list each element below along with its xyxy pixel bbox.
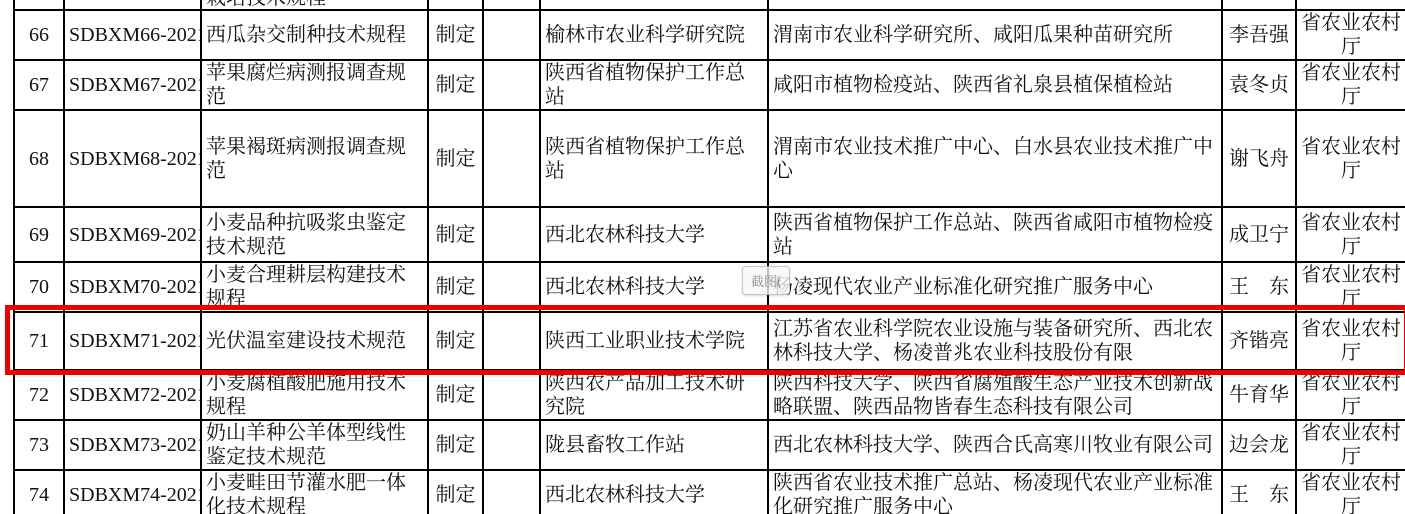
cell-drafter: 齐锴亮 xyxy=(1222,312,1296,370)
cell-code: SDBXM74-2021 xyxy=(64,470,201,514)
cell-org: 陕西省植物保护工作总站 xyxy=(540,110,768,207)
table-row: 71SDBXM71-2021光伏温室建设技术规范制定陕西工业职业技术学院江苏省农… xyxy=(14,312,1405,370)
cell-dept: 省农业农村厅 xyxy=(1296,10,1405,60)
cell-drafter: 成卫宁 xyxy=(1222,207,1296,262)
cell-type: 制定 xyxy=(428,207,483,262)
cell-drafter: 边会龙 xyxy=(1222,420,1296,470)
cell-seq: 74 xyxy=(14,470,64,514)
table-row: 73SDBXM73-2021奶山羊种公羊体型线性鉴定技术规范制定陇县畜牧工作站西… xyxy=(14,420,1405,470)
cell-code: SDBXM71-2021 xyxy=(64,312,201,370)
cell-type: 制定 xyxy=(428,370,483,420)
cell-code xyxy=(64,0,201,10)
table-row: 66SDBXM66-2021西瓜杂交制种技术规程制定榆林市农业科学研究院渭南市农… xyxy=(14,10,1405,60)
cell-seq xyxy=(14,0,64,10)
cell-seq: 70 xyxy=(14,262,64,312)
cell-blank xyxy=(483,312,540,370)
cell-org: 西北农林科技大学 xyxy=(540,262,768,312)
cell-dept: 省农业农村厅 xyxy=(1296,470,1405,514)
cell-code: SDBXM72-2021 xyxy=(64,370,201,420)
cell-org xyxy=(540,0,768,10)
cell-org: 陕西农产品加工技术研究院 xyxy=(540,370,768,420)
cell-seq: 73 xyxy=(14,420,64,470)
cell-seq: 72 xyxy=(14,370,64,420)
table-row: 72SDBXM72-2021小麦腐植酸肥施用技术规程制定陕西农产品加工技术研究院… xyxy=(14,370,1405,420)
cell-org: 西北农林科技大学 xyxy=(540,207,768,262)
table-row: 67SDBXM67-2021苹果腐烂病测报调查规范制定陕西省植物保护工作总站咸阳… xyxy=(14,60,1405,110)
cell-partners: 渭南市农业技术推广中心、白水县农业技术推广中心 xyxy=(768,110,1222,207)
cell-title: 小麦合理耕层构建技术规程 xyxy=(201,262,428,312)
cell-code: SDBXM67-2021 xyxy=(64,60,201,110)
cell-org: 榆林市农业科学研究院 xyxy=(540,10,768,60)
projects-table: 栽培技术规程66SDBXM66-2021西瓜杂交制种技术规程制定榆林市农业科学研… xyxy=(13,0,1405,514)
cell-org: 陕西省植物保护工作总站 xyxy=(540,60,768,110)
cell-title: 小麦畦田节灌水肥一体化技术规程 xyxy=(201,470,428,514)
cell-blank xyxy=(483,370,540,420)
table-row-partial: 栽培技术规程 xyxy=(14,0,1405,10)
cell-title: 苹果褐斑病测报调查规范 xyxy=(201,110,428,207)
cell-dept: 省农业农村厅 xyxy=(1296,420,1405,470)
cell-partners: 杨凌现代农业产业标准化研究推广服务中心 xyxy=(768,262,1222,312)
cell-title: 小麦品种抗吸浆虫鉴定技术规范 xyxy=(201,207,428,262)
cell-seq: 66 xyxy=(14,10,64,60)
cell-seq: 71 xyxy=(14,312,64,370)
cell-dept: 省农业农村厅 xyxy=(1296,207,1405,262)
cell-drafter: 王 东 xyxy=(1222,470,1296,514)
cell-code: SDBXM68-2021 xyxy=(64,110,201,207)
cell-partners: 陕西省农业技术推广总站、杨凌现代农业产业标准化研究推广服务中心 xyxy=(768,470,1222,514)
cell-type xyxy=(428,0,483,10)
cell-code: SDBXM73-2021 xyxy=(64,420,201,470)
cell-title: 小麦腐植酸肥施用技术规程 xyxy=(201,370,428,420)
cell-partners: 陕西科技大学、陕西省腐殖酸生态产业技术创新战略联盟、陕西品物皆春生态科技有限公司 xyxy=(768,370,1222,420)
cell-title: 苹果腐烂病测报调查规范 xyxy=(201,60,428,110)
cell-partners: 渭南市农业科学研究所、咸阳瓜果种苗研究所 xyxy=(768,10,1222,60)
cell-code: SDBXM69-2021 xyxy=(64,207,201,262)
cell-dept: 省农业农村厅 xyxy=(1296,60,1405,110)
cell-blank xyxy=(483,10,540,60)
cell-partners: 西北农林科技大学、陕西合氏高寒川牧业有限公司 xyxy=(768,420,1222,470)
cell-blank xyxy=(483,207,540,262)
cell-type: 制定 xyxy=(428,470,483,514)
cell-blank xyxy=(483,110,540,207)
cell-code: SDBXM66-2021 xyxy=(64,10,201,60)
cell-title: 奶山羊种公羊体型线性鉴定技术规范 xyxy=(201,420,428,470)
cell-seq: 68 xyxy=(14,110,64,207)
cell-type: 制定 xyxy=(428,10,483,60)
cell-dept: 省农业农村厅 xyxy=(1296,262,1405,312)
cell-partners xyxy=(768,0,1222,10)
cell-partners: 江苏省农业科学院农业设施与装备研究所、西北农林科技大学、杨凌普兆农业科技股份有限 xyxy=(768,312,1222,370)
cell-blank xyxy=(483,262,540,312)
clipped-title-fragment: 栽培技术规程 xyxy=(206,0,326,10)
cell-dept xyxy=(1296,0,1405,10)
cell-drafter xyxy=(1222,0,1296,10)
table-body: 栽培技术规程66SDBXM66-2021西瓜杂交制种技术规程制定榆林市农业科学研… xyxy=(14,0,1405,514)
cell-blank xyxy=(483,60,540,110)
cell-drafter: 袁冬贞 xyxy=(1222,60,1296,110)
cell-drafter: 李吾强 xyxy=(1222,10,1296,60)
cell-dept: 省农业农村厅 xyxy=(1296,110,1405,207)
cell-partners: 咸阳市植物检疫站、陕西省礼泉县植保植检站 xyxy=(768,60,1222,110)
cell-blank xyxy=(483,0,540,10)
document-page: 栽培技术规程66SDBXM66-2021西瓜杂交制种技术规程制定榆林市农业科学研… xyxy=(0,0,1405,514)
cell-type: 制定 xyxy=(428,262,483,312)
cell-code: SDBXM70-2021 xyxy=(64,262,201,312)
cell-org: 陕西工业职业技术学院 xyxy=(540,312,768,370)
cell-title: 栽培技术规程 xyxy=(201,0,428,10)
cell-drafter: 王 东 xyxy=(1222,262,1296,312)
cell-drafter: 牛育华 xyxy=(1222,370,1296,420)
cell-dept: 省农业农村厅 xyxy=(1296,312,1405,370)
screenshot-tooltip: 截图( xyxy=(742,266,790,295)
cell-title: 光伏温室建设技术规范 xyxy=(201,312,428,370)
cell-type: 制定 xyxy=(428,420,483,470)
cell-type: 制定 xyxy=(428,60,483,110)
cell-title: 西瓜杂交制种技术规程 xyxy=(201,10,428,60)
cell-partners: 陕西省植物保护工作总站、陕西省咸阳市植物检疫站 xyxy=(768,207,1222,262)
table-row: 74SDBXM74-2021小麦畦田节灌水肥一体化技术规程制定西北农林科技大学陕… xyxy=(14,470,1405,514)
cell-dept: 省农业农村厅 xyxy=(1296,370,1405,420)
cell-seq: 67 xyxy=(14,60,64,110)
cell-drafter: 谢飞舟 xyxy=(1222,110,1296,207)
cell-org: 西北农林科技大学 xyxy=(540,470,768,514)
table-row: 69SDBXM69-2021小麦品种抗吸浆虫鉴定技术规范制定西北农林科技大学陕西… xyxy=(14,207,1405,262)
cell-type: 制定 xyxy=(428,312,483,370)
cell-seq: 69 xyxy=(14,207,64,262)
cell-blank xyxy=(483,420,540,470)
table-row: 68SDBXM68-2021苹果褐斑病测报调查规范制定陕西省植物保护工作总站渭南… xyxy=(14,110,1405,207)
cell-type: 制定 xyxy=(428,110,483,207)
cell-org: 陇县畜牧工作站 xyxy=(540,420,768,470)
cell-blank xyxy=(483,470,540,514)
table-row: 70SDBXM70-2021小麦合理耕层构建技术规程制定西北农林科技大学杨凌现代… xyxy=(14,262,1405,312)
